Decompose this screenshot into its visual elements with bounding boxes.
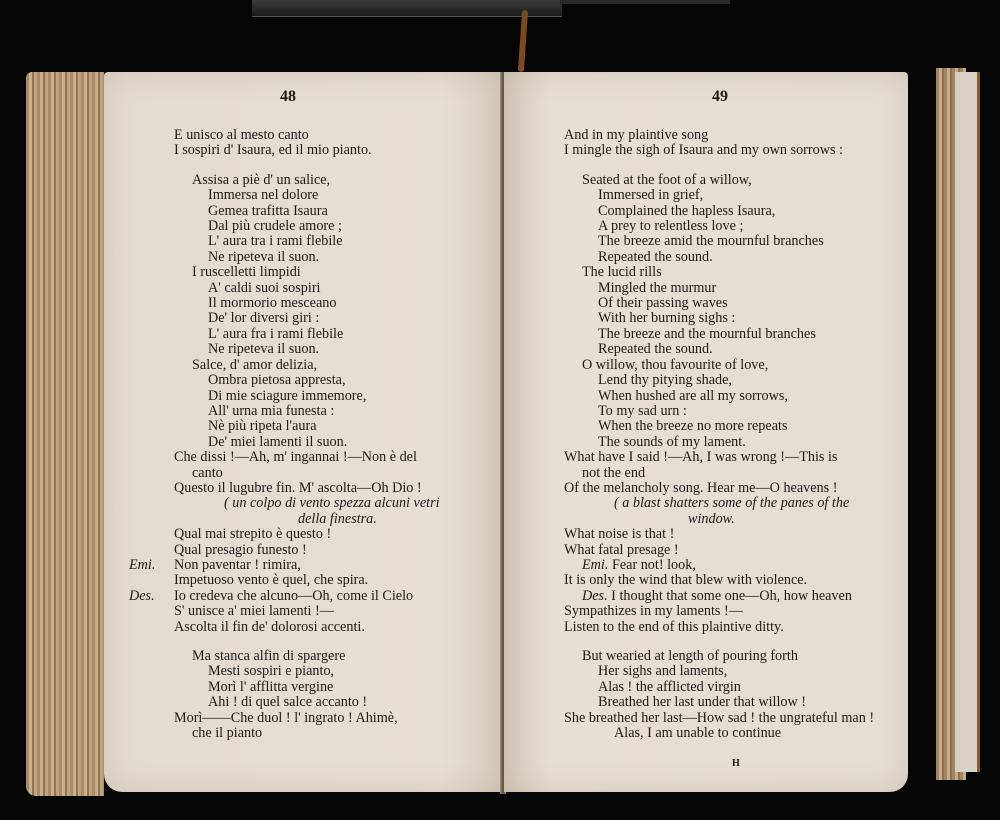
- verse-line: But wearied at length of pouring forth: [564, 649, 894, 664]
- speaker-label: Des.: [129, 589, 174, 604]
- verse-line: Salce, d' amor delizia,: [174, 358, 494, 373]
- line-text: A prey to relentless love ;: [598, 218, 743, 234]
- verse-line: Il mormorio mesceano: [174, 296, 494, 311]
- line-text: Of their passing waves: [598, 295, 728, 311]
- line-text: All' urna mia funesta :: [208, 403, 334, 419]
- line-text: The sounds of my lament.: [598, 434, 746, 450]
- verse-line: L' aura tra i rami flebile: [174, 234, 494, 249]
- stage-direction: window.: [564, 512, 894, 527]
- line-text: Ascolta il fin de' dolorosi accenti.: [174, 619, 365, 635]
- verse-line: When the breeze no more repeats: [564, 419, 894, 434]
- line-text: I ruscelletti limpidi: [192, 264, 301, 280]
- line-text: Non paventar ! rimira,: [174, 557, 301, 573]
- line-text: S' unisce a' miei lamenti !—: [174, 603, 334, 619]
- line-text: Io credeva che alcuno—Oh, come il Cielo: [174, 588, 413, 604]
- line-text: Repeated the sound.: [598, 341, 713, 357]
- line-text: Of the melancholy song. Hear me—O heaven…: [564, 480, 837, 496]
- line-text: Alas, I am unable to continue: [614, 725, 781, 741]
- line-text: Ma stanca alfin di spargere: [192, 648, 345, 664]
- verse-line: canto: [174, 466, 494, 481]
- verse-line: When hushed are all my sorrows,: [564, 389, 894, 404]
- line-text: Impetuoso vento è quel, che spira.: [174, 572, 368, 588]
- stanza-gap: [564, 635, 894, 649]
- verse-line: Breathed her last under that willow !: [564, 695, 894, 710]
- line-text: To my sad urn :: [598, 403, 687, 419]
- verse-line: Repeated the sound.: [564, 250, 894, 265]
- speaker-label: Emi.: [129, 558, 174, 573]
- verse-line: I sospiri d' Isaura, ed il mio pianto.: [174, 143, 494, 158]
- line-text: What have I said !—Ah, I was wrong !—Thi…: [564, 449, 837, 465]
- verse-line: Alas, I am unable to continue: [564, 726, 894, 741]
- verse-line: Impetuoso vento è quel, che spira.: [174, 573, 494, 588]
- line-text: Her sighs and laments,: [598, 663, 727, 679]
- line-text: With her burning sighs :: [598, 310, 735, 326]
- line-text: L' aura fra i rami flebile: [208, 326, 343, 342]
- line-text: Repeated the sound.: [598, 249, 713, 265]
- english-translation-text: And in my plaintive songI mingle the sig…: [564, 128, 894, 741]
- clasp-strap: [560, 0, 730, 4]
- verse-line: Listen to the end of this plaintive ditt…: [564, 620, 894, 635]
- verse-line: L' aura fra i rami flebile: [174, 327, 494, 342]
- verse-line: E unisco al mesto canto: [174, 128, 494, 143]
- line-text: Breathed her last under that willow !: [598, 694, 806, 710]
- verse-line: De' lor diversi giri :: [174, 311, 494, 326]
- verse-line: Ne ripeteva il suon.: [174, 250, 494, 265]
- verse-line: Complained the hapless Isaura,: [564, 204, 894, 219]
- line-text: Complained the hapless Isaura,: [598, 203, 775, 219]
- verse-line: Mingled the murmur: [564, 281, 894, 296]
- verse-line: S' unisce a' miei lamenti !—: [174, 604, 494, 619]
- line-text: Morì l' afflitta vergine: [208, 679, 333, 695]
- stanza-gap: [174, 635, 494, 649]
- stage-direction: ( a blast shatters some of the panes of …: [564, 496, 894, 511]
- line-text: Ne ripeteva il suon.: [208, 249, 319, 265]
- verse-line: Questo il lugubre fin. M' ascolta—Oh Dio…: [174, 481, 494, 496]
- verse-line: I mingle the sigh of Isaura and my own s…: [564, 143, 894, 158]
- line-text: Mingled the murmur: [598, 280, 716, 296]
- line-text: Alas ! the afflicted virgin: [598, 679, 741, 695]
- line-text: She breathed her last—How sad ! the ungr…: [564, 710, 874, 726]
- line-text: della finestra.: [298, 511, 377, 527]
- verse-line: It is only the wind that blew with viole…: [564, 573, 894, 588]
- stage-direction: ( un colpo di vento spezza alcuni vetri: [174, 496, 494, 511]
- line-text: O willow, thou favourite of love,: [582, 357, 768, 373]
- line-text: What noise is that !: [564, 526, 674, 542]
- verse-line: Emi.Non paventar ! rimira,: [174, 558, 494, 573]
- verse-line: The breeze amid the mournful branches: [564, 234, 894, 249]
- verse-line: Ne ripeteva il suon.: [174, 342, 494, 357]
- book-clasp: [252, 0, 562, 17]
- verse-line: che il pianto: [174, 726, 494, 741]
- verse-line: Her sighs and laments,: [564, 664, 894, 679]
- verse-line: Dal più crudele amore ;: [174, 219, 494, 234]
- verse-line: With her burning sighs :: [564, 311, 894, 326]
- line-text: Dal più crudele amore ;: [208, 218, 342, 234]
- stanza-gap: [174, 159, 494, 173]
- line-text: window.: [688, 511, 735, 527]
- verse-line: Mesti sospiri e pianto,: [174, 664, 494, 679]
- line-text: ( un colpo di vento spezza alcuni vetri: [224, 495, 440, 511]
- verse-line: A prey to relentless love ;: [564, 219, 894, 234]
- line-text: E unisco al mesto canto: [174, 127, 309, 143]
- line-text: che il pianto: [192, 725, 262, 741]
- verse-line: To my sad urn :: [564, 404, 894, 419]
- line-text: Gemea trafitta Isaura: [208, 203, 328, 219]
- verse-line: Morì——Che duol ! l' ingrato ! Ahimè,: [174, 711, 494, 726]
- line-text: not the end: [582, 465, 645, 481]
- verse-line: O willow, thou favourite of love,: [564, 358, 894, 373]
- verse-line: Morì l' afflitta vergine: [174, 680, 494, 695]
- speaker-label: Des.: [582, 588, 608, 604]
- verse-line: Ascolta il fin de' dolorosi accenti.: [174, 620, 494, 635]
- line-text: Di mie sciagure immemore,: [208, 388, 366, 404]
- line-text: Fear not! look,: [612, 557, 696, 573]
- line-text: ( a blast shatters some of the panes of …: [614, 495, 849, 511]
- page-number: 49: [712, 88, 728, 106]
- verse-line: I ruscelletti limpidi: [174, 265, 494, 280]
- stage-direction: della finestra.: [174, 512, 494, 527]
- line-text: Mesti sospiri e pianto,: [208, 663, 334, 679]
- open-book: 48 E unisco al mesto cantoI sospiri d' I…: [26, 66, 984, 802]
- verse-line: Nè più ripeta l'aura: [174, 419, 494, 434]
- verse-line: De' miei lamenti il suon.: [174, 435, 494, 450]
- verse-line: Immersa nel dolore: [174, 188, 494, 203]
- verse-line: And in my plaintive song: [564, 128, 894, 143]
- line-text: Qual mai strepito è questo !: [174, 526, 331, 542]
- verse-line: Immersed in grief,: [564, 188, 894, 203]
- line-text: When hushed are all my sorrows,: [598, 388, 788, 404]
- verse-line: Seated at the foot of a willow,: [564, 173, 894, 188]
- verse-line: Des. I thought that some one—Oh, how hea…: [564, 589, 894, 604]
- line-text: A' caldi suoi sospiri: [208, 280, 321, 296]
- verse-line: What noise is that !: [564, 527, 894, 542]
- verse-line: The breeze and the mournful branches: [564, 327, 894, 342]
- verse-line: Repeated the sound.: [564, 342, 894, 357]
- line-text: De' miei lamenti il suon.: [208, 434, 347, 450]
- line-text: And in my plaintive song: [564, 127, 708, 143]
- line-text: Ombra pietosa appresta,: [208, 372, 346, 388]
- verse-line: Des.Io credeva che alcuno—Oh, come il Ci…: [174, 589, 494, 604]
- line-text: Seated at the foot of a willow,: [582, 172, 752, 188]
- line-text: Questo il lugubre fin. M' ascolta—Oh Dio…: [174, 480, 422, 496]
- line-text: Nè più ripeta l'aura: [208, 418, 317, 434]
- verse-line: The lucid rills: [564, 265, 894, 280]
- line-text: Ahi ! di quel salce accanto !: [208, 694, 367, 710]
- page-number: 48: [280, 88, 296, 106]
- italian-libretto-text: E unisco al mesto cantoI sospiri d' Isau…: [174, 128, 494, 741]
- line-text: De' lor diversi giri :: [208, 310, 319, 326]
- verse-line: Assisa a piè d' un salice,: [174, 173, 494, 188]
- verse-line: Of their passing waves: [564, 296, 894, 311]
- line-text: The lucid rills: [582, 264, 662, 280]
- line-text: The breeze and the mournful branches: [598, 326, 816, 342]
- line-text: Listen to the end of this plaintive ditt…: [564, 619, 784, 635]
- verse-line: Alas ! the afflicted virgin: [564, 680, 894, 695]
- verse-line: Qual mai strepito è questo !: [174, 527, 494, 542]
- verse-line: Of the melancholy song. Hear me—O heaven…: [564, 481, 894, 496]
- line-text: The breeze amid the mournful branches: [598, 233, 824, 249]
- line-text: Immersa nel dolore: [208, 187, 318, 203]
- line-text: Il mormorio mesceano: [208, 295, 336, 311]
- line-text: L' aura tra i rami flebile: [208, 233, 343, 249]
- line-text: Lend thy pitying shade,: [598, 372, 732, 388]
- verse-line: Gemea trafitta Isaura: [174, 204, 494, 219]
- verse-line: Che dissi !—Ah, m' ingannai !—Non è del: [174, 450, 494, 465]
- signature-mark: H: [732, 758, 740, 769]
- ribbon-bookmark: [518, 10, 528, 72]
- verse-line: What have I said !—Ah, I was wrong !—Thi…: [564, 450, 894, 465]
- line-text: Salce, d' amor delizia,: [192, 357, 317, 373]
- line-text: Immersed in grief,: [598, 187, 703, 203]
- verse-line: A' caldi suoi sospiri: [174, 281, 494, 296]
- verse-line: Lend thy pitying shade,: [564, 373, 894, 388]
- line-text: I thought that some one—Oh, how heaven: [611, 588, 852, 604]
- right-page: 49 And in my plaintive songI mingle the …: [504, 72, 908, 792]
- left-page-edges: [26, 72, 104, 796]
- stanza-gap: [564, 159, 894, 173]
- left-page: 48 E unisco al mesto cantoI sospiri d' I…: [104, 72, 502, 792]
- line-text: When the breeze no more repeats: [598, 418, 787, 434]
- verse-line: not the end: [564, 466, 894, 481]
- verse-line: The sounds of my lament.: [564, 435, 894, 450]
- verse-line: Ahi ! di quel salce accanto !: [174, 695, 494, 710]
- line-text: What fatal presage !: [564, 542, 679, 558]
- line-text: I mingle the sigh of Isaura and my own s…: [564, 142, 843, 158]
- line-text: Ne ripeteva il suon.: [208, 341, 319, 357]
- speaker-label: Emi.: [582, 557, 608, 573]
- verse-line: Qual presagio funesto !: [174, 543, 494, 558]
- line-text: It is only the wind that blew with viole…: [564, 572, 807, 588]
- line-text: Sympathizes in my laments !—: [564, 603, 743, 619]
- verse-line: She breathed her last—How sad ! the ungr…: [564, 711, 894, 726]
- line-text: canto: [192, 465, 223, 481]
- line-text: Che dissi !—Ah, m' ingannai !—Non è del: [174, 449, 417, 465]
- verse-line: What fatal presage !: [564, 543, 894, 558]
- verse-line: Ombra pietosa appresta,: [174, 373, 494, 388]
- verse-line: Ma stanca alfin di spargere: [174, 649, 494, 664]
- line-text: Morì——Che duol ! l' ingrato ! Ahimè,: [174, 710, 398, 726]
- line-text: Qual presagio funesto !: [174, 542, 307, 558]
- right-cover-leaf: [955, 72, 980, 772]
- line-text: I sospiri d' Isaura, ed il mio pianto.: [174, 142, 372, 158]
- verse-line: Sympathizes in my laments !—: [564, 604, 894, 619]
- line-text: Assisa a piè d' un salice,: [192, 172, 330, 188]
- verse-line: Emi. Fear not! look,: [564, 558, 894, 573]
- verse-line: All' urna mia funesta :: [174, 404, 494, 419]
- verse-line: Di mie sciagure immemore,: [174, 389, 494, 404]
- line-text: But wearied at length of pouring forth: [582, 648, 798, 664]
